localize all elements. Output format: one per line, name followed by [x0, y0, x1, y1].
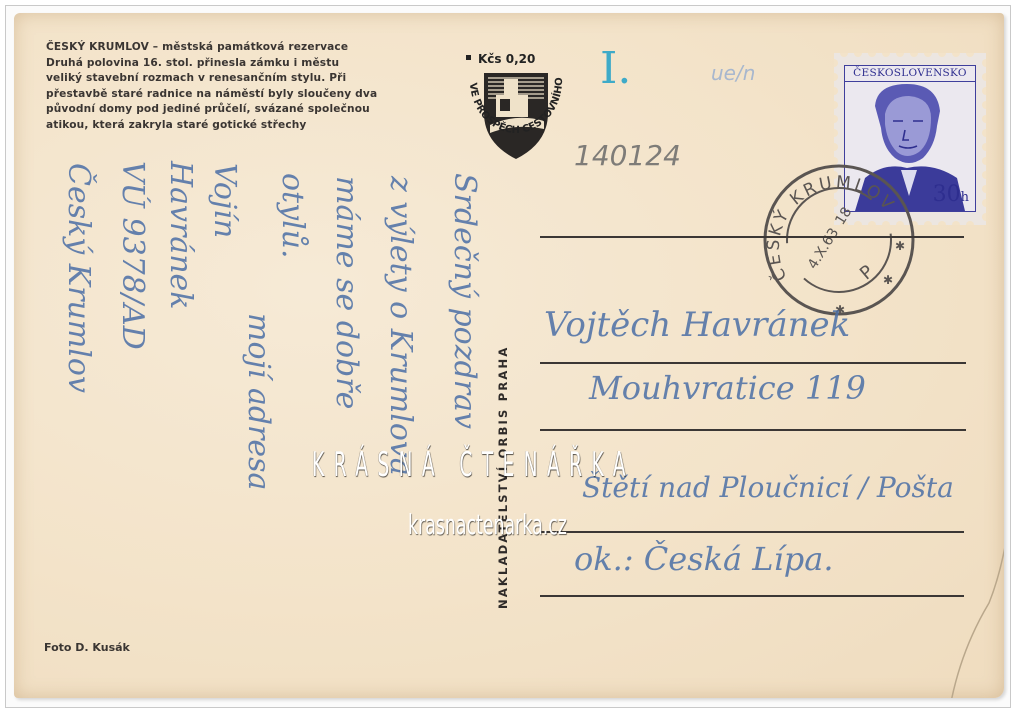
address-line-name: Vojtěch Havránek — [544, 305, 850, 345]
address-rule — [540, 595, 964, 597]
roman-numeral-note: I. — [600, 43, 631, 94]
message-line: Srdečný pozdrav — [447, 173, 482, 429]
address-rule — [540, 236, 964, 238]
watermark-title: KRÁSNÁ ČTENÁŘKA — [312, 445, 635, 485]
stamp-value-unit: h — [961, 190, 969, 205]
message-line: máme se dobře — [329, 176, 364, 409]
postmark-circle-icon: ČESKÝ KRUMLOV 4.X.63 18 P ✱ ✱ ✱ — [757, 158, 921, 322]
printed-caption: ČESKÝ KRUMLOV – městská památková rezerv… — [46, 40, 426, 134]
caption-line: původní domy pod jediné průčelí, svázané… — [46, 102, 426, 118]
message-line: Havránek — [163, 161, 198, 309]
stamp-value-number: 30 — [933, 182, 961, 207]
address-rule — [540, 362, 966, 364]
address-line-town: Štětí nad Ploučnicí / Pošta — [582, 471, 954, 504]
crease-mark — [919, 313, 1004, 698]
message-line: z výlety o Krumlova — [383, 176, 418, 476]
message-line: Český Krumlov — [61, 163, 96, 393]
svg-text:4.X.63: 4.X.63 — [805, 225, 843, 272]
caption-line: veliký stavební rozmach v renesančním st… — [46, 71, 426, 87]
caption-line: přestavbě staré radnice na náměstí byly … — [46, 87, 426, 103]
faint-pencil-note: ue/n — [711, 61, 755, 85]
svg-text:✱: ✱ — [883, 273, 893, 287]
address-line-street: Mouhvratice 119 — [589, 369, 866, 407]
address-line-district: ok.: Česká Lípa. — [574, 540, 833, 578]
message-line: VÚ 9378/AD — [115, 161, 150, 350]
address-rule — [540, 531, 964, 533]
message-line: Vojín — [207, 163, 242, 238]
catalog-number-note: 140124 — [574, 139, 681, 172]
svg-text:✱: ✱ — [895, 239, 905, 253]
tourism-tax-stamp: Kčs 0,20 VE PROSPĚCH CESTOVNÍHO RUCHU — [462, 51, 570, 169]
message-line: otylů. — [275, 173, 310, 259]
message-line: mojí adresa — [241, 313, 276, 490]
postcard-back: ČESKÝ KRUMLOV – městská památková rezerv… — [14, 13, 1004, 698]
caption-line: atikou, která zakryla staré gotické stře… — [46, 118, 426, 134]
address-rule — [540, 429, 966, 431]
watermark-url: krasnactenarka.cz — [408, 508, 567, 541]
caption-line: ČESKÝ KRUMLOV – městská památková rezerv… — [46, 40, 426, 56]
photo-credit: Foto D. Kusák — [44, 641, 130, 654]
caption-line: Druhá polovina 16. stol. přinesla zámku … — [46, 56, 426, 72]
svg-text:Kčs 0,20: Kčs 0,20 — [478, 52, 535, 66]
castle-icon: Kčs 0,20 VE PROSPĚCH CESTOVNÍHO RUCHU — [462, 51, 570, 169]
svg-text:P: P — [856, 261, 878, 284]
svg-text:18: 18 — [832, 204, 855, 228]
stamp-value: 30h — [933, 182, 969, 207]
postmark: ČESKÝ KRUMLOV 4.X.63 18 P ✱ ✱ ✱ — [757, 158, 921, 322]
